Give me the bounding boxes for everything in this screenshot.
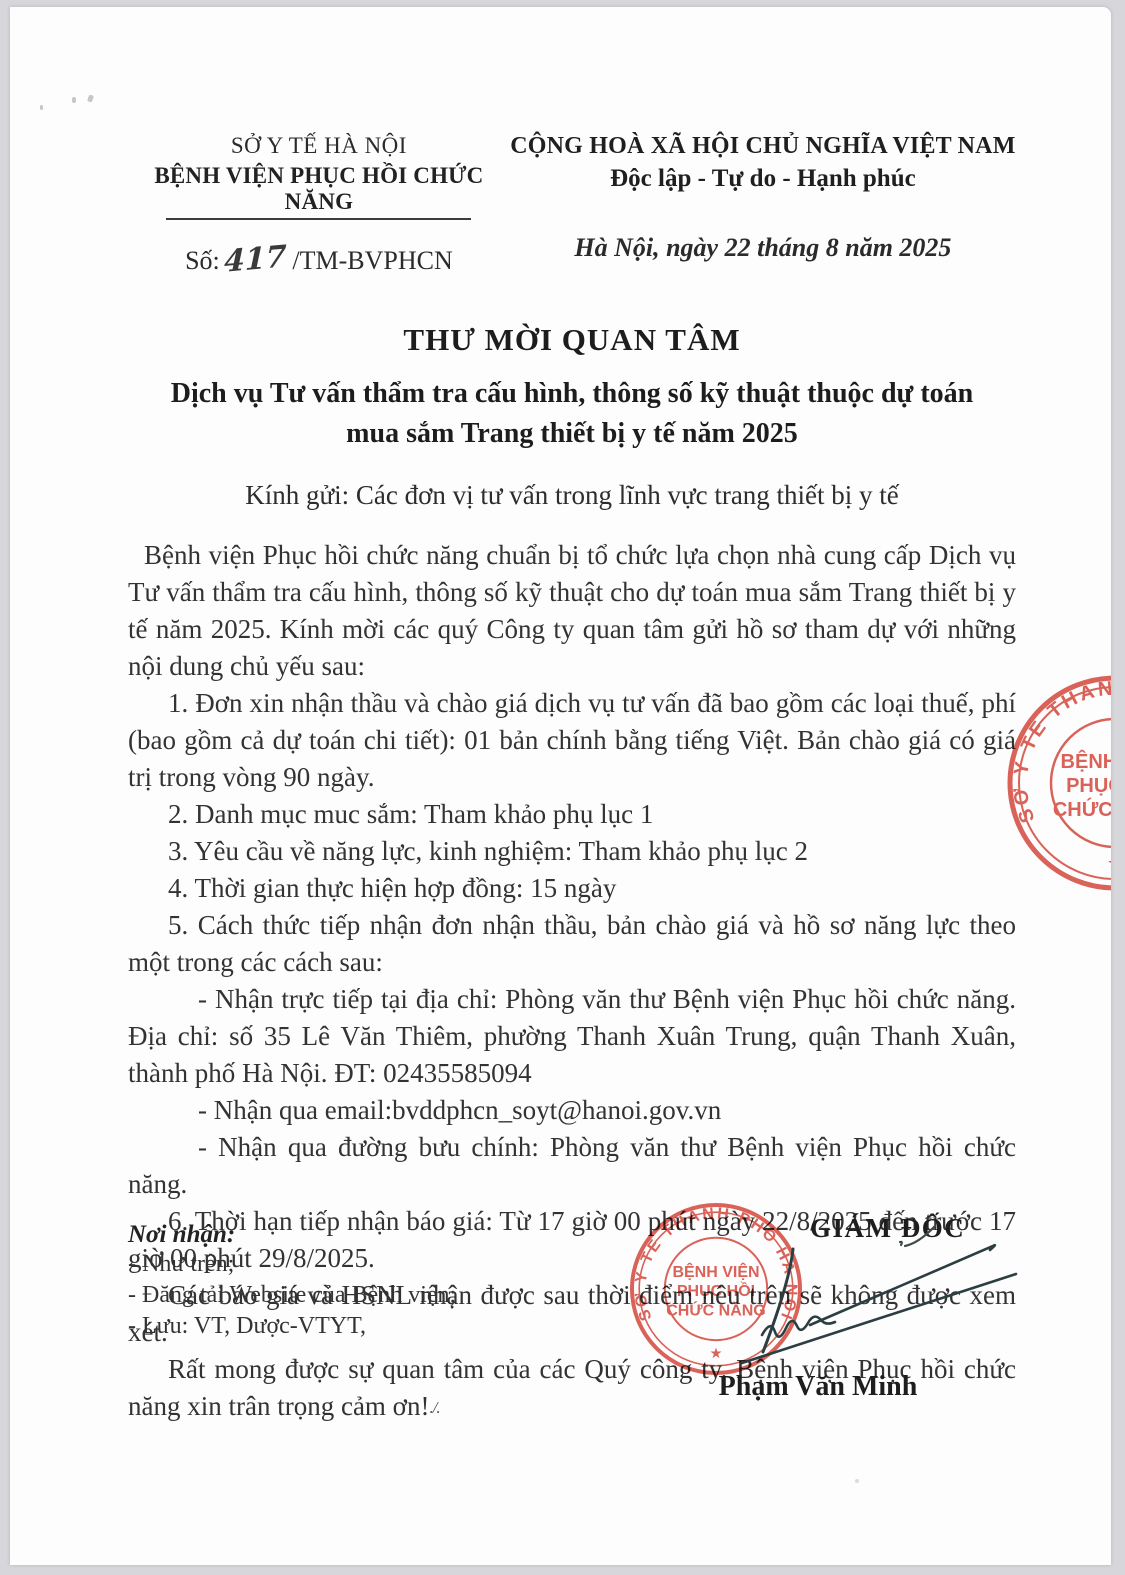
signer-name: Phạm Văn Minh: [698, 1371, 938, 1403]
salutation: Kính gửi: Các đơn vị tư vấn trong lĩnh v…: [128, 480, 1016, 511]
org-underline: [166, 218, 471, 220]
doc-number-handwritten: 417: [224, 247, 287, 273]
doc-title: THƯ MỜI QUAN TÂM: [128, 322, 1016, 358]
recipients-block: Nơi nhận: - Như trên; - Đăng tải Website…: [128, 1221, 456, 1342]
place-dateline: Hà Nội, ngày 22 tháng 8 năm 2025: [510, 233, 1016, 263]
doc-subtitle: Dịch vụ Tư vấn thẩm tra cấu hình, thông …: [128, 374, 1016, 454]
stamp-center-line2: PHỤC HỒI: [1066, 773, 1111, 797]
scan-speck: [72, 97, 76, 103]
issuing-org-block: SỞ Y TẾ HÀ NỘI BỆNH VIỆN PHỤC HỒI CHỨC N…: [128, 133, 510, 276]
delivery-option-direct: - Nhận trực tiếp tại địa chỉ: Phòng văn …: [128, 981, 1016, 1092]
doc-subtitle-line2: mua sắm Trang thiết bị y tế năm 2025: [128, 414, 1016, 454]
scan-speck: [87, 94, 94, 102]
item-2: 2. Danh mục muc sắm: Tham khảo phụ lục 1: [128, 796, 1016, 833]
doc-number-prefix: Số:: [185, 246, 220, 275]
recipient-item: - Lưu: VT, Dược-VTYT,: [128, 1311, 456, 1342]
stamp-star-icon: ★: [1107, 853, 1111, 873]
recipients-title: Nơi nhận:: [128, 1221, 456, 1249]
document-page: SỞ Y TẾ HÀ NỘI BỆNH VIỆN PHỤC HỒI CHỨC N…: [10, 7, 1111, 1565]
title-block: THƯ MỜI QUAN TÂM Dịch vụ Tư vấn thẩm tra…: [128, 322, 1016, 511]
national-title: CỘNG HOÀ XÃ HỘI CHỦ NGHĨA VIỆT NAM: [510, 133, 1016, 160]
delivery-option-email: - Nhận qua email:bvddphcn_soyt@hanoi.gov…: [128, 1092, 1016, 1129]
paragraph-intro: Bệnh viện Phục hồi chức năng chuẩn bị tổ…: [128, 537, 1016, 685]
parent-org-name: SỞ Y TẾ HÀ NỘI: [128, 133, 510, 159]
item-1: 1. Đơn xin nhận thầu và chào giá dịch vụ…: [128, 685, 1016, 796]
item-3: 3. Yêu cầu về năng lực, kinh nghiệm: Tha…: [128, 833, 1016, 870]
doc-number: Số:417/TM-BVPHCN: [128, 246, 510, 276]
national-motto: Độc lập - Tự do - Hạnh phúc: [510, 165, 1016, 193]
scan-speck: [40, 105, 43, 110]
letter-footer: Nơi nhận: - Như trên; - Đăng tải Website…: [10, 1203, 1111, 1543]
stamp-center-line1: BỆNH VIỆN: [1061, 749, 1111, 773]
item-4: 4. Thời gian thực hiện hợp đồng: 15 ngày: [128, 870, 1016, 907]
signature-icon: [650, 1238, 1030, 1388]
recipient-item: - Như trên;: [128, 1249, 456, 1280]
doc-number-suffix: /TM-BVPHCN: [292, 246, 452, 275]
letter-header: SỞ Y TẾ HÀ NỘI BỆNH VIỆN PHỤC HỒI CHỨC N…: [128, 133, 1016, 276]
delivery-option-post: - Nhận qua đường bưu chính: Phòng văn th…: [128, 1129, 1016, 1203]
item-5: 5. Cách thức tiếp nhận đơn nhận thầu, bả…: [128, 907, 1016, 981]
stamp-center-line3: CHỨC NĂNG: [1053, 797, 1111, 821]
national-header-block: CỘNG HOÀ XÃ HỘI CHỦ NGHĨA VIỆT NAM Độc l…: [510, 133, 1016, 276]
doc-subtitle-line1: Dịch vụ Tư vấn thẩm tra cấu hình, thông …: [128, 374, 1016, 414]
org-name: BỆNH VIỆN PHỤC HỒI CHỨC NĂNG: [128, 163, 510, 215]
official-stamp-partial: SỞ Y TẾ THÀNH PHỐ HÀ NỘI BỆNH VIỆN PHỤC …: [1005, 673, 1111, 893]
scanned-letter: { "header": { "left": { "parent_org": "S…: [0, 0, 1125, 1575]
recipient-item: - Đăng tải Website của Bệnh viện;: [128, 1280, 456, 1311]
